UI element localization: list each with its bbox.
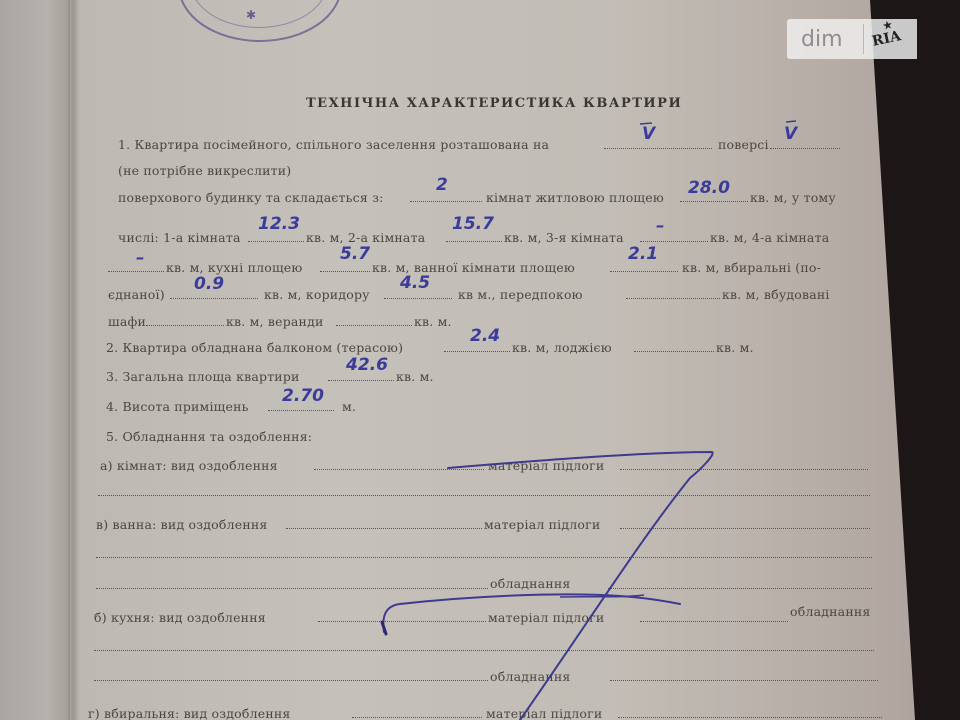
kitchen-field-line xyxy=(320,271,370,272)
kitchen-equipment-prefix-line xyxy=(94,680,488,681)
room4-unit: кв. м, кухні площею xyxy=(166,260,302,275)
room3-unit: кв. м, 4-а кімната xyxy=(710,230,829,245)
kitchen-continuation-line xyxy=(94,650,874,651)
closets-field-line xyxy=(146,325,224,326)
watermark-separator xyxy=(863,24,864,54)
bathroom-value: 2.1 xyxy=(628,244,658,264)
section1-line3-label: поверхового будинку та складається з: xyxy=(118,190,384,205)
toilet-unit: кв. м, коридору xyxy=(264,287,370,302)
section4-label: 4. Висота приміщень xyxy=(106,399,249,414)
stamp-star-icon: ✱ xyxy=(246,8,256,22)
rooms-count-field-line xyxy=(410,201,482,202)
rooms-floor-field-line xyxy=(620,469,868,470)
height-field-line xyxy=(268,410,334,411)
bath-floor-field-line xyxy=(620,528,870,529)
toilet-floor-label: матеріал підлоги xyxy=(486,706,602,720)
corridor-unit: кв м., передпокою xyxy=(458,287,583,302)
room2-field-line xyxy=(446,241,502,242)
room3-field-line xyxy=(640,241,708,242)
rooms-count-value: 2 xyxy=(436,175,448,195)
section1-line1-label: 1. Квартира посімейного, спільного засел… xyxy=(118,137,549,152)
kitchen-value: 5.7 xyxy=(340,244,370,264)
total-area-unit: кв. м. xyxy=(396,369,434,384)
rooms-floor-label: матеріал підлоги xyxy=(488,458,604,473)
closets-unit: кв. м, веранди xyxy=(226,314,324,329)
dim-ria-watermark: dim RIA xyxy=(787,19,917,59)
rooms-finish-field-line xyxy=(314,469,484,470)
toilet-floor-field-line xyxy=(618,717,882,718)
section1-note: (не потрібне викреслити) xyxy=(118,163,291,178)
total-floors-field-line xyxy=(770,148,840,149)
total-area-value: 42.6 xyxy=(346,355,388,375)
room3-value: – xyxy=(656,216,665,236)
toilet-finish-label: г) вбиральня: вид оздоблення xyxy=(88,706,291,720)
balcony-field-line xyxy=(444,351,510,352)
rooms-continuation-line xyxy=(98,495,870,496)
veranda-unit: кв. м. xyxy=(414,314,452,329)
balcony-unit: кв. м, лоджією xyxy=(512,340,612,355)
kitchen-equipment-field-line xyxy=(610,680,878,681)
toilet-field-line xyxy=(170,298,258,299)
room1-unit: кв. м, 2-а кімната xyxy=(306,230,425,245)
bath-continuation-line xyxy=(96,557,872,558)
bath-finish-field-line xyxy=(286,528,482,529)
section2-label: 2. Квартира обладнана балконом (терасою) xyxy=(106,340,403,355)
document-title: ТЕХНІЧНА ХАРАКТЕРИСТИКА КВАРТИРИ xyxy=(306,96,682,111)
room2-unit: кв. м, 3-я кімната xyxy=(504,230,624,245)
room1-field-line xyxy=(248,241,304,242)
kitchen-floor-label: матеріал підлоги xyxy=(488,610,604,625)
hallway-field-line xyxy=(626,298,720,299)
loggia-field-line xyxy=(634,351,714,352)
living-area-field-line xyxy=(680,201,748,202)
height-value: 2.70 xyxy=(282,386,324,406)
bath-equipment-prefix-line xyxy=(96,588,488,589)
toilet-label: єднаної) xyxy=(108,287,165,302)
bathroom-field-line xyxy=(610,271,678,272)
kitchen-finish-field-line xyxy=(318,621,486,622)
corridor-field-line xyxy=(384,298,452,299)
balcony-value: 2.4 xyxy=(470,326,500,346)
watermark-ria-logo: RIA xyxy=(871,28,903,50)
room4-field-line xyxy=(108,271,164,272)
section3-label: 3. Загальна площа квартири xyxy=(106,369,300,384)
floor-field-line xyxy=(604,148,712,149)
height-unit: м. xyxy=(342,399,356,414)
section5-label: 5. Обладнання та оздоблення: xyxy=(106,429,312,444)
watermark-dim-text: dim xyxy=(787,27,859,52)
kitchen-equipment-label-right: обладнання xyxy=(790,604,870,619)
bath-equipment-label: обладнання xyxy=(490,576,570,591)
toilet-finish-field-line xyxy=(352,717,482,718)
floor-label: поверсі xyxy=(718,137,769,152)
closets-label: шафи xyxy=(108,314,146,329)
bath-floor-label: матеріал підлоги xyxy=(484,517,600,532)
room1-value: 12.3 xyxy=(258,214,300,234)
page-fold-shadow xyxy=(66,0,80,720)
total-area-field-line xyxy=(328,380,394,381)
room2-value: 15.7 xyxy=(452,214,494,234)
hallway-unit: кв. м, вбудовані xyxy=(722,287,830,302)
floor-value: V xyxy=(642,124,655,144)
living-area-unit: кв. м, у тому xyxy=(750,190,836,205)
room4-value: – xyxy=(136,248,145,268)
rooms-label: кімнат житловою площею xyxy=(486,190,664,205)
bath-finish-label: в) ванна: вид оздоблення xyxy=(96,517,268,532)
corridor-value: 4.5 xyxy=(400,273,430,293)
room1-label: числі: 1-а кімната xyxy=(118,230,241,245)
kitchen-floor-field-line xyxy=(640,621,788,622)
kitchen-equipment-label: обладнання xyxy=(490,669,570,684)
veranda-field-line xyxy=(336,325,412,326)
loggia-unit: кв. м. xyxy=(716,340,754,355)
bath-equipment-field-line xyxy=(608,588,872,589)
living-area-value: 28.0 xyxy=(688,178,730,198)
bathroom-unit: кв. м, вбиральні (по- xyxy=(682,260,821,275)
kitchen-finish-label: б) кухня: вид оздоблення xyxy=(94,610,266,625)
total-floors-value: V xyxy=(784,124,797,144)
rooms-finish-label: а) кімнат: вид оздоблення xyxy=(100,458,278,473)
toilet-value: 0.9 xyxy=(194,274,224,294)
